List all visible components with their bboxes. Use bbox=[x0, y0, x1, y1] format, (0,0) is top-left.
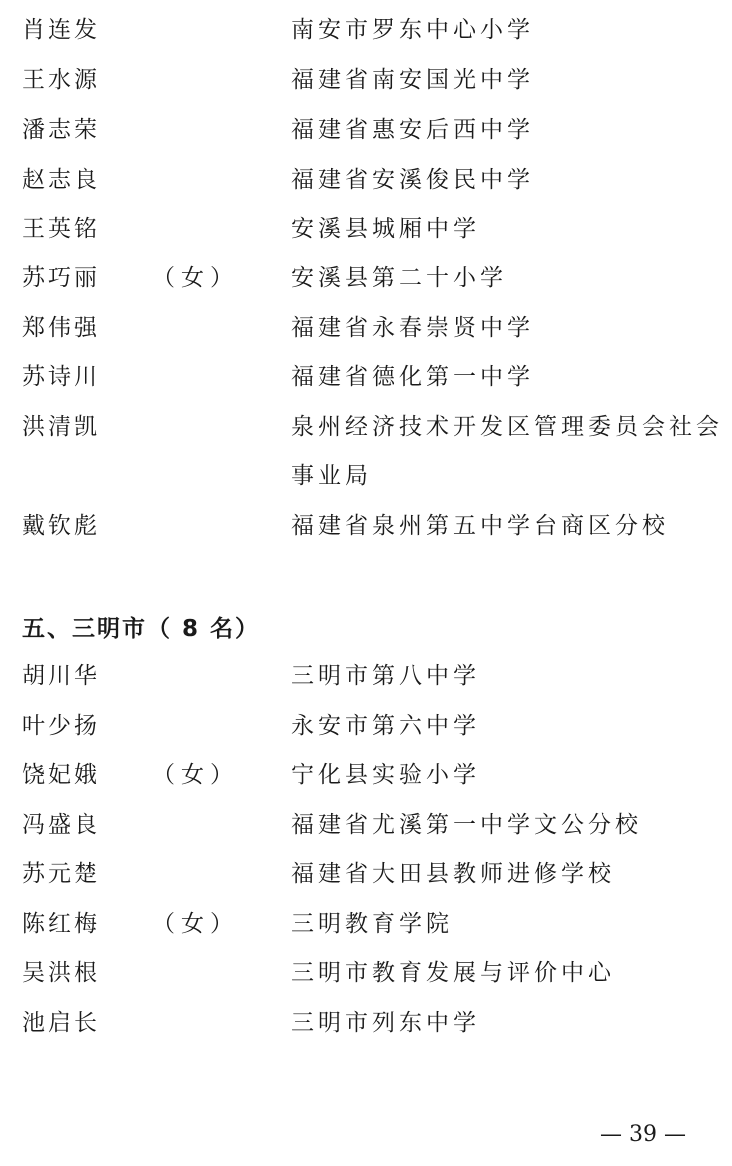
person-name: 王水源 bbox=[22, 60, 100, 100]
organization: 南安市罗东中心小学 bbox=[291, 10, 534, 50]
page-number: — 39 — bbox=[600, 1118, 686, 1152]
gender-note: （女） bbox=[152, 258, 239, 298]
list-item: 洪清凯 泉州经济技术开发区管理委员会社会 bbox=[0, 407, 732, 447]
organization: 福建省泉州第五中学台商区分校 bbox=[291, 506, 669, 546]
person-name: 潘志荣 bbox=[22, 110, 100, 150]
list-item: 吴洪根 三明市教育发展与评价中心 bbox=[0, 953, 732, 993]
section-heading-sanming: 五、三明市（ 8 名） bbox=[22, 609, 260, 649]
person-name: 饶妃娥 bbox=[22, 755, 100, 795]
person-name: 陈红梅 bbox=[22, 904, 100, 944]
list-item: 饶妃娥 （女） 宁化县实验小学 bbox=[0, 755, 732, 795]
list-item: 王英铭 安溪县城厢中学 bbox=[0, 209, 732, 249]
list-item: 王水源 福建省南安国光中学 bbox=[0, 60, 732, 100]
person-name: 苏巧丽 bbox=[22, 258, 100, 298]
person-name: 池启长 bbox=[22, 1003, 100, 1043]
organization: 福建省安溪俊民中学 bbox=[291, 160, 534, 200]
person-name: 叶少扬 bbox=[22, 706, 100, 746]
person-name: 苏元楚 bbox=[22, 854, 100, 894]
organization: 福建省尤溪第一中学文公分校 bbox=[291, 805, 642, 845]
list-item: 戴钦彪 福建省泉州第五中学台商区分校 bbox=[0, 506, 732, 546]
list-item: 苏诗川 福建省德化第一中学 bbox=[0, 357, 732, 397]
organization: 三明市教育发展与评价中心 bbox=[291, 953, 615, 993]
organization-continuation: 事业局 bbox=[291, 456, 372, 496]
organization: 福建省大田县教师进修学校 bbox=[291, 854, 615, 894]
list-item: 苏元楚 福建省大田县教师进修学校 bbox=[0, 854, 732, 894]
organization: 泉州经济技术开发区管理委员会社会 bbox=[291, 407, 723, 447]
organization: 安溪县第二十小学 bbox=[291, 258, 507, 298]
organization: 安溪县城厢中学 bbox=[291, 209, 480, 249]
organization: 福建省德化第一中学 bbox=[291, 357, 534, 397]
organization: 三明市列东中学 bbox=[291, 1003, 480, 1043]
list-item: 冯盛良 福建省尤溪第一中学文公分校 bbox=[0, 805, 732, 845]
list-item-continuation: 事业局 bbox=[0, 456, 732, 496]
person-name: 郑伟强 bbox=[22, 308, 100, 348]
organization: 福建省南安国光中学 bbox=[291, 60, 534, 100]
person-name: 胡川华 bbox=[22, 656, 100, 696]
person-name: 戴钦彪 bbox=[22, 506, 100, 546]
organization: 宁化县实验小学 bbox=[291, 755, 480, 795]
organization: 福建省惠安后西中学 bbox=[291, 110, 534, 150]
person-name: 冯盛良 bbox=[22, 805, 100, 845]
person-name: 王英铭 bbox=[22, 209, 100, 249]
list-item: 叶少扬 永安市第六中学 bbox=[0, 706, 732, 746]
organization: 永安市第六中学 bbox=[291, 706, 480, 746]
gender-note: （女） bbox=[152, 904, 239, 944]
person-name: 洪清凯 bbox=[22, 407, 100, 447]
person-name: 赵志良 bbox=[22, 160, 100, 200]
organization: 三明教育学院 bbox=[291, 904, 453, 944]
list-item: 陈红梅 （女） 三明教育学院 bbox=[0, 904, 732, 944]
gender-note: （女） bbox=[152, 755, 239, 795]
person-name: 吴洪根 bbox=[22, 953, 100, 993]
list-item: 郑伟强 福建省永春崇贤中学 bbox=[0, 308, 732, 348]
list-item: 潘志荣 福建省惠安后西中学 bbox=[0, 110, 732, 150]
list-item: 肖连发 南安市罗东中心小学 bbox=[0, 10, 732, 50]
list-item: 胡川华 三明市第八中学 bbox=[0, 656, 732, 696]
list-item: 苏巧丽 （女） 安溪县第二十小学 bbox=[0, 258, 732, 298]
person-name: 苏诗川 bbox=[22, 357, 100, 397]
organization: 福建省永春崇贤中学 bbox=[291, 308, 534, 348]
organization: 三明市第八中学 bbox=[291, 656, 480, 696]
person-name: 肖连发 bbox=[22, 10, 100, 50]
list-item: 赵志良 福建省安溪俊民中学 bbox=[0, 160, 732, 200]
list-item: 池启长 三明市列东中学 bbox=[0, 1003, 732, 1043]
